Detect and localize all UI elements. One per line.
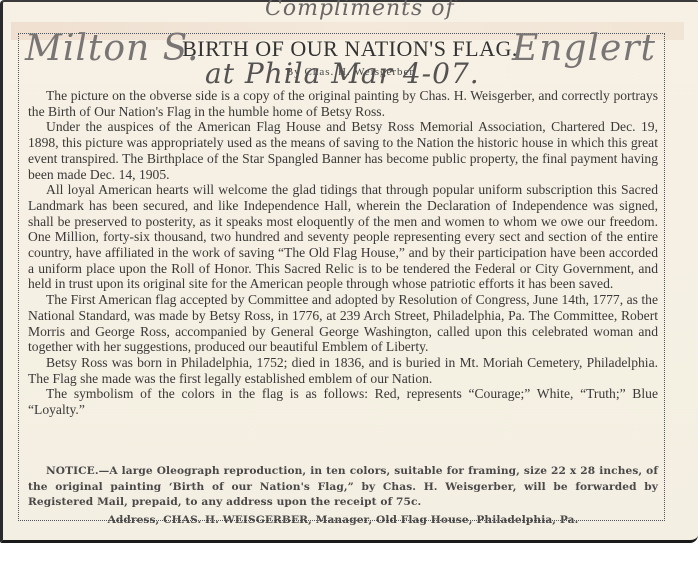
paragraph: The First American flag accepted by Comm… [28, 292, 658, 355]
handwritten-first-name: Milton S. [25, 28, 199, 69]
handwritten-last-name: Englert [512, 28, 656, 69]
handwritten-compliments: Compliments of [265, 0, 455, 21]
handwritten-date: at Phila Mar 4-07. [205, 57, 480, 90]
notice-text: NOTICE.—A large Oleograph reproduction, … [28, 464, 658, 511]
address-line: Address, CHAS. H. WEISGERBER, Manager, O… [28, 513, 658, 529]
paragraph: The picture on the obverse side is a cop… [28, 88, 658, 119]
document-body: The picture on the obverse side is a cop… [28, 88, 658, 418]
paragraph: Under the auspices of the American Flag … [28, 119, 658, 182]
paragraph: The symbolism of the colors in the flag … [28, 386, 658, 417]
paragraph: All loyal American hearts will welcome t… [28, 182, 658, 292]
paragraph: Betsy Ross was born in Philadelphia, 175… [28, 355, 658, 386]
notice-section: NOTICE.—A large Oleograph reproduction, … [28, 464, 658, 528]
